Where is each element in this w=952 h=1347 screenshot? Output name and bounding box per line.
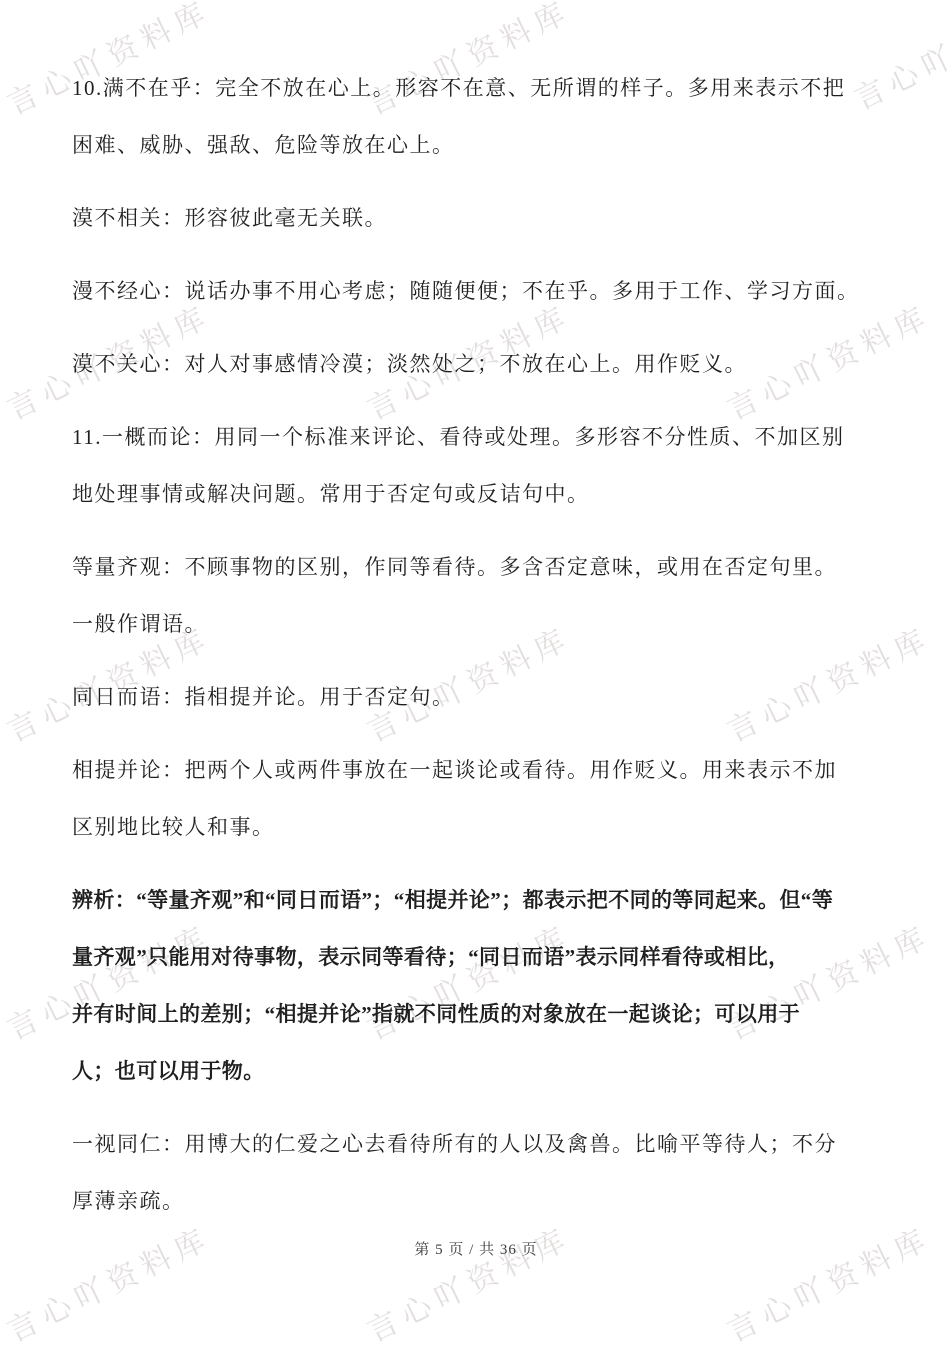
definition-paragraph: 10.满不在乎：完全不放在心上。形容不在意、无所谓的样子。多用来表示不把 困难、… [72, 60, 884, 174]
page-footer: 第 5 页 / 共 36 页 [0, 1238, 952, 1259]
definition-paragraph: 漫不经心：说话办事不用心考虑；随随便便；不在乎。多用于工作、学习方面。 [72, 263, 884, 320]
page-number: 第 5 页 / 共 36 页 [414, 1242, 537, 1258]
analysis-paragraph: 辨析：“等量齐观”和“同日而语”；“相提并论”；都表示把不同的等同起来。但“等 … [72, 872, 884, 1100]
definition-paragraph: 漠不相关：形容彼此毫无关联。 [72, 190, 884, 247]
definition-paragraph: 漠不关心：对人对事感情冷漠；淡然处之；不放在心上。用作贬义。 [72, 336, 884, 393]
document-content: 10.满不在乎：完全不放在心上。形容不在意、无所谓的样子。多用来表示不把 困难、… [72, 60, 884, 1246]
definition-paragraph: 同日而语：指相提并论。用于否定句。 [72, 669, 884, 726]
definition-paragraph: 相提并论：把两个人或两件事放在一起谈论或看待。用作贬义。用来表示不加 区别地比较… [72, 742, 884, 856]
definition-paragraph: 等量齐观：不顾事物的区别，作同等看待。多含否定意味，或用在否定句里。 一般作谓语… [72, 539, 884, 653]
definition-paragraph: 一视同仁：用博大的仁爱之心去看待所有的人以及禽兽。比喻平等待人；不分 厚薄亲疏。 [72, 1116, 884, 1230]
definition-paragraph: 11.一概而论：用同一个标准来评论、看待或处理。多形容不分性质、不加区别 地处理… [72, 409, 884, 523]
